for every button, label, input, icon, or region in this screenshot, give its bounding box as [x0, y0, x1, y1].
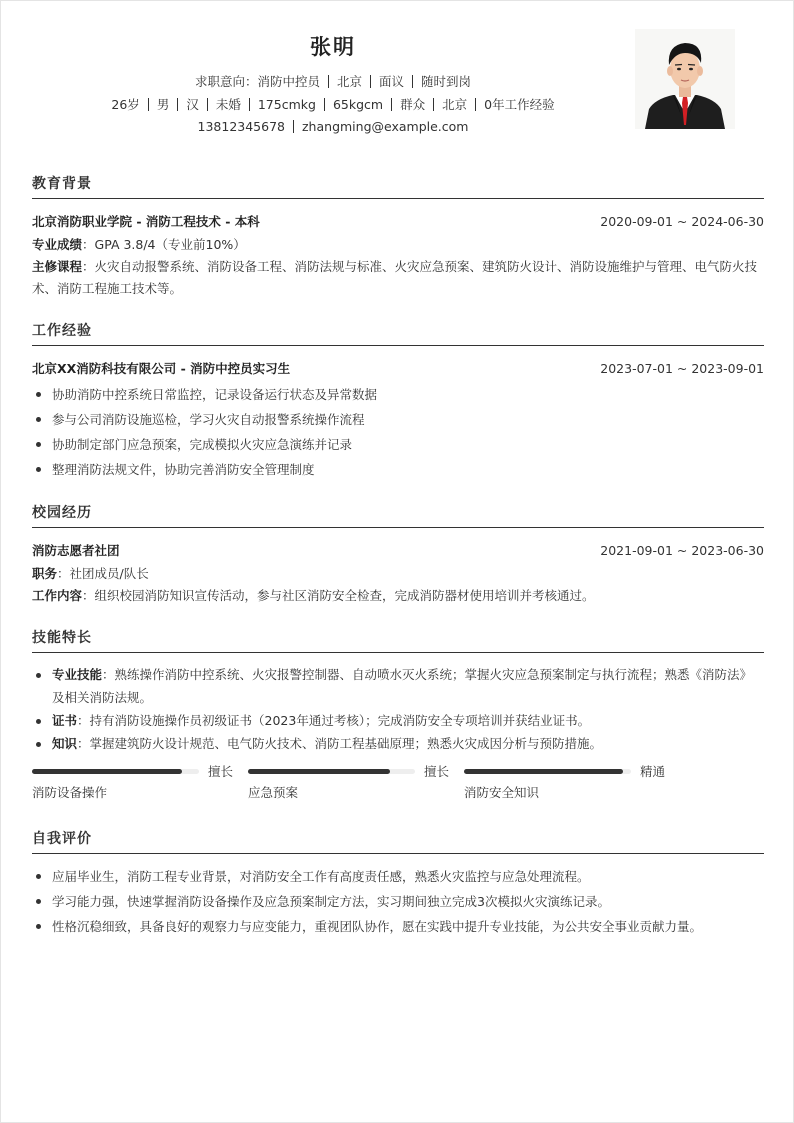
skill-name: 消防安全知识 — [464, 783, 680, 801]
work-section: 工作经验 北京XX消防科技有限公司 - 消防中控员实习生 2023-07-01 … — [32, 320, 764, 482]
section-title: 教育背景 — [32, 173, 764, 195]
content-line: 工作内容：组织校园消防知识宣传活动，参与社区消防安全检查，完成消防器材使用培训并… — [32, 585, 764, 607]
skill-level: 精通 — [640, 762, 665, 780]
avatar-photo — [635, 29, 735, 129]
gpa-label: 专业成绩 — [32, 237, 82, 252]
list-item: 性格沉稳细致，具备良好的观察力与应变能力，重视团队协作，愿在实践中提升专业技能，… — [32, 914, 764, 939]
political-status: 群众 — [400, 97, 425, 112]
campus-section: 校园经历 消防志愿者社团 2021-09-01 ~ 2023-06-30 职务：… — [32, 502, 764, 607]
divider — [475, 98, 476, 111]
skills-list: 专业技能：熟练操作消防中控系统、火灾报警控制器、自动喷水灭火系统；掌握火灾应急预… — [32, 663, 764, 755]
courses-label: 主修课程 — [32, 259, 82, 274]
section-divider — [32, 652, 764, 653]
height: 175cmkg — [258, 97, 316, 112]
resume-header: 张明 求职意向：消防中控员北京面议随时到岗 26岁男汉未婚175cmkg65kg… — [1, 29, 794, 139]
job-intent-line: 求职意向：消防中控员北京面议随时到岗 — [1, 72, 665, 90]
gender: 男 — [157, 97, 170, 112]
skill-name: 应急预案 — [248, 783, 464, 801]
skill-text: ：熟练操作消防中控系统、火灾报警控制器、自动喷水灭火系统；掌握火灾应急预案制定与… — [52, 667, 752, 705]
self-evaluation-list: 应届毕业生，消防工程专业背景，对消防安全工作有高度责任感，熟悉火灾监控与应急处理… — [32, 864, 764, 939]
list-item: 学习能力强，快速掌握消防设备操作及应急预案制定方法，实习期间独立完成3次模拟火灾… — [32, 889, 764, 914]
role-line: 职务：社团成员/队长 — [32, 563, 764, 585]
skill-progress-track — [32, 769, 199, 774]
content-label: 工作内容 — [32, 588, 82, 603]
skill-name: 消防设备操作 — [32, 783, 248, 801]
section-title: 自我评价 — [32, 828, 764, 850]
candidate-name: 张明 — [1, 31, 665, 61]
marital-status: 未婚 — [216, 97, 241, 112]
divider — [433, 98, 434, 111]
education-entry-header: 北京消防职业学院 - 消防工程技术 - 本科 2020-09-01 ~ 2024… — [32, 211, 764, 231]
role-label: 职务 — [32, 566, 57, 581]
skill-bars: 擅长 消防设备操作 擅长 应急预案 精通 消防安全知识 — [32, 763, 764, 801]
gpa-line: 专业成绩：GPA 3.8/4（专业前10%） — [32, 234, 764, 256]
self-evaluation-section: 自我评价 应届毕业生，消防工程专业背景，对消防安全工作有高度责任感，熟悉火灾监控… — [32, 828, 764, 939]
campus-entry-header: 消防志愿者社团 2021-09-01 ~ 2023-06-30 — [32, 540, 764, 560]
list-item: 整理消防法规文件，协助完善消防安全管理制度 — [32, 457, 764, 482]
intent-salary: 面议 — [379, 74, 404, 89]
campus-date: 2021-09-01 ~ 2023-06-30 — [600, 543, 764, 558]
list-item: 协助消防中控系统日常监控，记录设备运行状态及异常数据 — [32, 382, 764, 407]
skill-bar-item: 精通 消防安全知识 — [464, 763, 680, 801]
intent-city: 北京 — [337, 74, 362, 89]
divider — [391, 98, 392, 111]
contact-line: 13812345678zhangming@example.com — [1, 119, 665, 134]
work-years: 0年工作经验 — [484, 97, 554, 112]
divider — [249, 98, 250, 111]
work-duties-list: 协助消防中控系统日常监控，记录设备运行状态及异常数据 参与公司消防设施巡检，学习… — [32, 382, 764, 482]
list-item: 参与公司消防设施巡检，学习火灾自动报警系统操作流程 — [32, 407, 764, 432]
section-title: 技能特长 — [32, 627, 764, 649]
skill-level: 擅长 — [208, 762, 233, 780]
skill-label: 证书 — [52, 713, 77, 728]
skill-text: ：持有消防设施操作员初级证书（2023年通过考核）；完成消防安全专项培训并获结业… — [77, 713, 590, 728]
section-divider — [32, 853, 764, 854]
skill-label: 专业技能 — [52, 667, 102, 682]
organization-name: 消防志愿者社团 — [32, 541, 120, 559]
intent-availability: 随时到岗 — [421, 74, 471, 89]
divider — [324, 98, 325, 111]
section-title: 校园经历 — [32, 502, 764, 524]
divider — [412, 75, 413, 88]
list-item: 知识：掌握建筑防火设计规范、电气防火技术、消防工程基础原理；熟悉火灾成因分析与预… — [32, 732, 764, 755]
weight: 65kgcm — [333, 97, 383, 112]
list-item: 证书：持有消防设施操作员初级证书（2023年通过考核）；完成消防安全专项培训并获… — [32, 709, 764, 732]
resume-page: 张明 求职意向：消防中控员北京面议随时到岗 26岁男汉未婚175cmkg65kg… — [0, 0, 794, 1123]
divider — [177, 98, 178, 111]
age: 26岁 — [111, 97, 139, 112]
work-entry-header: 北京XX消防科技有限公司 - 消防中控员实习生 2023-07-01 ~ 202… — [32, 358, 764, 378]
hometown: 北京 — [442, 97, 467, 112]
gpa-value: ：GPA 3.8/4（专业前10%） — [82, 237, 246, 252]
job-intent: 求职意向：消防中控员 — [195, 74, 320, 89]
skill-level: 擅长 — [424, 762, 449, 780]
divider — [148, 98, 149, 111]
skill-progress-fill — [464, 769, 623, 774]
education-date: 2020-09-01 ~ 2024-06-30 — [600, 214, 764, 229]
role-value: ：社团成员/队长 — [57, 566, 149, 581]
skill-progress-fill — [32, 769, 182, 774]
skills-section: 技能特长 专业技能：熟练操作消防中控系统、火灾报警控制器、自动喷水灭火系统；掌握… — [32, 627, 764, 801]
skill-label: 知识 — [52, 736, 77, 751]
personal-info-line: 26岁男汉未婚175cmkg65kgcm群众北京0年工作经验 — [1, 95, 665, 113]
skill-bar-item: 擅长 应急预案 — [248, 763, 464, 801]
courses-value: ：火灾自动报警系统、消防设备工程、消防法规与标准、火灾应急预案、建筑防火设计、消… — [32, 259, 757, 296]
school-major-degree: 北京消防职业学院 - 消防工程技术 - 本科 — [32, 212, 260, 230]
ethnicity: 汉 — [186, 97, 199, 112]
email: zhangming@example.com — [302, 119, 468, 134]
section-title: 工作经验 — [32, 320, 764, 342]
courses-line: 主修课程：火灾自动报警系统、消防设备工程、消防法规与标准、火灾应急预案、建筑防火… — [32, 256, 764, 300]
skill-progress-fill — [248, 769, 390, 774]
work-date: 2023-07-01 ~ 2023-09-01 — [600, 361, 764, 376]
skill-progress-track — [248, 769, 415, 774]
list-item: 协助制定部门应急预案，完成模拟火灾应急演练并记录 — [32, 432, 764, 457]
section-divider — [32, 527, 764, 528]
section-divider — [32, 198, 764, 199]
skill-text: ：掌握建筑防火设计规范、电气防火技术、消防工程基础原理；熟悉火灾成因分析与预防措… — [77, 736, 602, 751]
section-divider — [32, 345, 764, 346]
divider — [370, 75, 371, 88]
list-item: 应届毕业生，消防工程专业背景，对消防安全工作有高度责任感，熟悉火灾监控与应急处理… — [32, 864, 764, 889]
company-position: 北京XX消防科技有限公司 - 消防中控员实习生 — [32, 359, 290, 377]
divider — [293, 120, 294, 133]
content-value: ：组织校园消防知识宣传活动，参与社区消防安全检查，完成消防器材使用培训并考核通过… — [82, 588, 595, 603]
list-item: 专业技能：熟练操作消防中控系统、火灾报警控制器、自动喷水灭火系统；掌握火灾应急预… — [32, 663, 764, 709]
avatar-illustration-icon — [635, 29, 735, 129]
divider — [207, 98, 208, 111]
education-section: 教育背景 北京消防职业学院 - 消防工程技术 - 本科 2020-09-01 ~… — [32, 173, 764, 300]
phone: 13812345678 — [198, 119, 285, 134]
skill-bar-item: 擅长 消防设备操作 — [32, 763, 248, 801]
skill-progress-track — [464, 769, 631, 774]
divider — [328, 75, 329, 88]
